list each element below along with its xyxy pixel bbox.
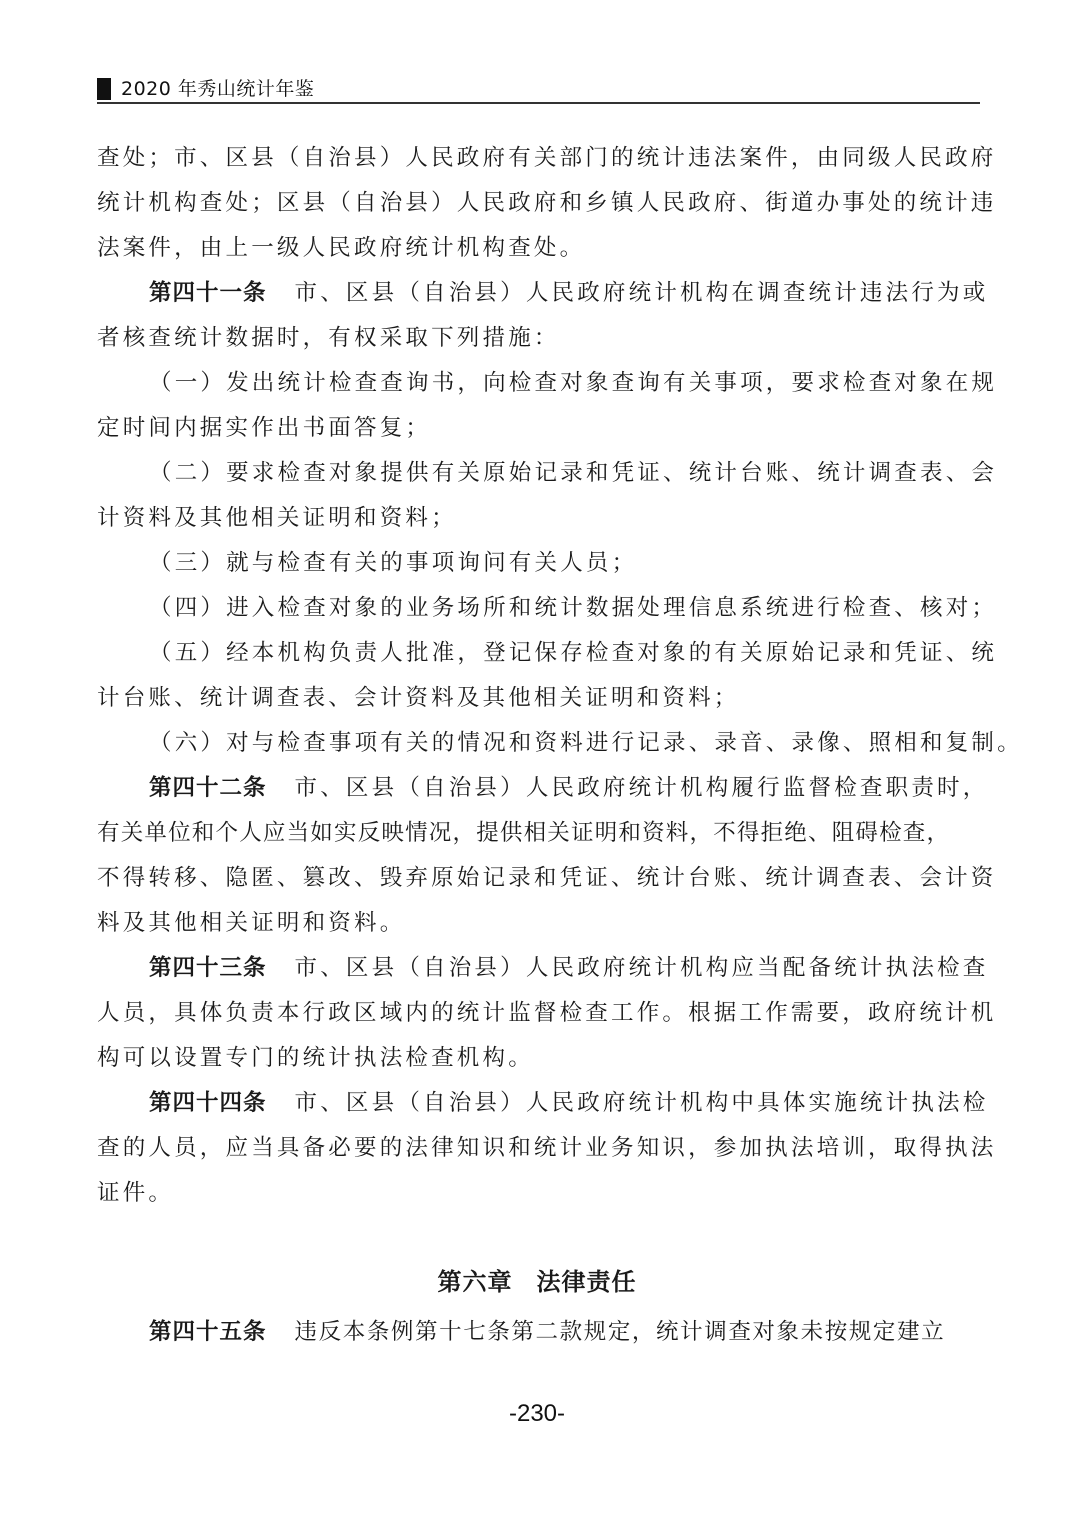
- text-line: 人员，具体负责本行政区域内的统计监督检查工作。根据工作需要，政府统计机: [97, 991, 979, 1036]
- header-title: 2020 年秀山统计年鉴: [121, 76, 314, 102]
- text-line: 构可以设置专门的统计执法检查机构。: [97, 1036, 979, 1081]
- article-44: 第四十四条市、区县（自治县）人民政府统计机构中具体实施统计执法检 查的人员，应当…: [97, 1081, 979, 1216]
- article-43: 第四十三条市、区县（自治县）人民政府统计机构应当配备统计执法检查 人员，具体负责…: [97, 946, 979, 1081]
- text-line: （五）经本机构负责人批准，登记保存检查对象的有关原始记录和凭证、统: [97, 631, 979, 676]
- text-line: 者核查统计数据时，有权采取下列措施：: [97, 316, 979, 361]
- text-line: 不得转移、隐匿、篡改、毁弃原始记录和凭证、统计台账、统计调查表、会计资: [97, 856, 979, 901]
- page-number: -230-: [0, 1400, 1074, 1428]
- text-line: 定时间内据实作出书面答复；: [97, 406, 979, 451]
- list-item-1: （一）发出统计检查查询书，向检查对象查询有关事项，要求检查对象在规 定时间内据实…: [97, 361, 979, 451]
- header-marker-block: [97, 78, 111, 100]
- list-item-5: （五）经本机构负责人批准，登记保存检查对象的有关原始记录和凭证、统 计台账、统计…: [97, 631, 979, 721]
- article-label: 第四十二条: [149, 775, 267, 801]
- text-line: 市、区县（自治县）人民政府统计机构应当配备统计执法检查: [295, 955, 989, 981]
- text-line: 法案件，由上一级人民政府统计机构查处。: [97, 226, 979, 271]
- text-line: （六）对与检查事项有关的情况和资料进行记录、录音、录像、照相和复制。: [97, 721, 979, 766]
- list-item-3: （三）就与检查有关的事项询问有关人员；: [97, 541, 979, 586]
- text-line: （三）就与检查有关的事项询问有关人员；: [97, 541, 979, 586]
- text-line: （二）要求检查对象提供有关原始记录和凭证、统计台账、统计调查表、会: [97, 451, 979, 496]
- article-label: 第四十五条: [149, 1319, 267, 1345]
- article-45: 第四十五条违反本条例第十七条第二款规定，统计调查对象未按规定建立: [97, 1310, 979, 1355]
- article-label: 第四十一条: [149, 280, 267, 306]
- list-item-2: （二）要求检查对象提供有关原始记录和凭证、统计台账、统计调查表、会 计资料及其他…: [97, 451, 979, 541]
- text-line: 统计机构查处；区县（自治县）人民政府和乡镇人民政府、街道办事处的统计违: [97, 181, 979, 226]
- text-line: 查的人员，应当具备必要的法律知识和统计业务知识，参加执法培训，取得执法: [97, 1126, 979, 1171]
- text-line: 违反本条例第十七条第二款规定，统计调查对象未按规定建立: [295, 1319, 946, 1345]
- text-line: 计资料及其他相关证明和资料；: [97, 496, 979, 541]
- text-line: 市、区县（自治县）人民政府统计机构中具体实施统计执法检: [295, 1090, 989, 1116]
- article-label: 第四十三条: [149, 955, 267, 981]
- running-header: 2020 年秀山统计年鉴: [97, 76, 980, 102]
- article-41: 第四十一条市、区县（自治县）人民政府统计机构在调查统计违法行为或 者核查统计数据…: [97, 271, 979, 361]
- article-42: 第四十二条市、区县（自治县）人民政府统计机构履行监督检查职责时， 有关单位和个人…: [97, 766, 979, 946]
- text-line: （四）进入检查对象的业务场所和统计数据处理信息系统进行检查、核对；: [97, 586, 979, 631]
- article-label: 第四十四条: [149, 1090, 267, 1116]
- paragraph: 查处；市、区县（自治县）人民政府有关部门的统计违法案件，由同级人民政府 统计机构…: [97, 136, 979, 271]
- text-line: 计台账、统计调查表、会计资料及其他相关证明和资料；: [97, 676, 979, 721]
- chapter-number: 第六章: [438, 1268, 513, 1296]
- chapter-heading: 第六章法律责任: [0, 1262, 1074, 1297]
- text-line: 有关单位和个人应当如实反映情况，提供相关证明和资料，不得拒绝、阻碍检查，: [97, 811, 979, 856]
- chapter-title: 法律责任: [537, 1268, 637, 1296]
- body-text: 查处；市、区县（自治县）人民政府有关部门的统计违法案件，由同级人民政府 统计机构…: [97, 136, 979, 1216]
- list-item-6: （六）对与检查事项有关的情况和资料进行记录、录音、录像、照相和复制。: [97, 721, 979, 766]
- text-line: 证件。: [97, 1171, 979, 1216]
- list-item-4: （四）进入检查对象的业务场所和统计数据处理信息系统进行检查、核对；: [97, 586, 979, 631]
- header-rule: [97, 102, 980, 104]
- text-line: 料及其他相关证明和资料。: [97, 901, 979, 946]
- text-line: 市、区县（自治县）人民政府统计机构履行监督检查职责时，: [295, 775, 989, 801]
- text-line: 市、区县（自治县）人民政府统计机构在调查统计违法行为或: [295, 280, 989, 306]
- text-line: 查处；市、区县（自治县）人民政府有关部门的统计违法案件，由同级人民政府: [97, 136, 979, 181]
- text-line: （一）发出统计检查查询书，向检查对象查询有关事项，要求检查对象在规: [97, 361, 979, 406]
